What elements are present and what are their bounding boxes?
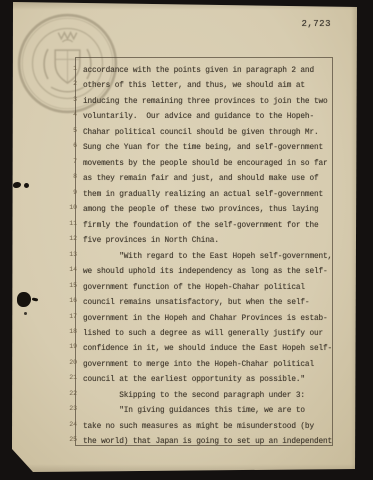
line-text: we should uphold its independency as lon… [83,268,328,276]
line-text: council remains unsatisfactory, but when… [83,299,309,307]
scan-background: { "page": { "page_number": "2,723" }, "c… [0,0,373,480]
line-number: 14 [58,262,77,277]
line-text: take no such measures as might be misund… [83,423,314,431]
line-text: the world) that Japan is going to set up… [83,438,332,446]
line-text: others of this letter, and thus, we shou… [83,82,305,90]
text-line: 14we should uphold its independency as l… [83,262,332,277]
punch-hole [24,312,27,315]
text-line: 25the world) that Japan is going to set … [83,432,332,447]
line-number: 11 [58,216,77,231]
line-text: voluntarily. Our advice and guidance to … [83,113,314,121]
line-text: Sung che Yuan for the time being, and se… [83,144,323,152]
line-number: 9 [58,185,77,200]
text-line: 22 Skipping to the second paragraph unde… [83,386,332,401]
line-number: 22 [58,386,77,401]
text-line: 1accordance with the points given in par… [83,61,332,76]
line-text: lished to such a degree as will generall… [83,330,323,338]
line-number: 20 [58,355,77,370]
line-number: 25 [58,432,77,447]
text-line: 10among the people of these two province… [83,200,332,215]
text-line: 4voluntarily. Our advice and guidance to… [83,107,332,122]
line-number: 1 [58,61,77,76]
line-number: 17 [58,309,77,324]
punch-hole [13,182,21,188]
line-number: 5 [58,123,77,138]
line-number: 8 [58,169,77,184]
text-line: 24take no such measures as might be misu… [83,417,332,432]
line-number: 18 [58,324,77,339]
line-number: 15 [58,278,77,293]
line-number: 13 [58,247,77,262]
line-number: 10 [58,200,77,215]
line-text: accordance with the points given in para… [83,67,314,75]
text-line: 20government to merge into the Hopeh-Cha… [83,355,332,370]
line-text: "With regard to the East Hopeh self-gove… [83,253,332,261]
line-number: 23 [58,401,77,416]
paper-sheet: 2,723 1accordance with the points given … [0,0,373,480]
text-line: 23 "In giving guidances this time, we ar… [83,401,332,416]
punch-hole [17,292,31,307]
line-number: 12 [58,231,77,246]
line-text: as they remain fair and just, and should… [83,175,319,183]
line-text: among the people of these two provinces,… [83,206,319,214]
punch-hole [32,297,38,301]
line-number: 7 [58,154,77,169]
text-line: 18lished to such a degree as will genera… [83,324,332,339]
line-text: firmly the foundation of the self-govern… [83,222,319,230]
line-text: confidence in it, we should induce the E… [83,345,332,353]
line-text: government function of the Hopeh-Chahar … [83,284,305,292]
typed-text-frame: 1accordance with the points given in par… [75,57,333,446]
text-line: 3inducing the remaining three provinces … [83,92,332,107]
text-line: 2others of this letter, and thus, we sho… [83,76,332,91]
text-line: 16council remains unsatisfactory, but wh… [83,293,332,308]
text-line: 7movements by the people should be encou… [83,154,332,169]
line-number: 6 [58,138,77,153]
line-text: them in gradually realizing an actual se… [83,191,323,199]
text-line: 17government in the Hopeh and Chahar Pro… [83,309,332,324]
line-text: movements by the people should be encour… [83,160,328,168]
text-line: 6Sung che Yuan for the time being, and s… [83,138,332,153]
line-text: inducing the remaining three provinces t… [83,98,328,106]
line-text: "In giving guidances this time, we are t… [83,407,305,415]
line-number: 21 [58,370,77,385]
page-number: 2,723 [301,19,331,29]
text-line: 19confidence in it, we should induce the… [83,339,332,354]
line-number: 2 [58,76,77,91]
line-number: 19 [58,339,77,354]
text-line: 12five provinces in North China. [83,231,332,246]
line-number: 24 [58,417,77,432]
line-text: Chahar political council should be given… [83,129,319,137]
line-text: government in the Hopeh and Chahar Provi… [83,315,328,323]
line-text: government to merge into the Hopeh-Chaha… [83,361,314,369]
text-line: 8as they remain fair and just, and shoul… [83,169,332,184]
line-text: five provinces in North China. [83,237,219,245]
text-line: 11firmly the foundation of the self-gove… [83,216,332,231]
text-line: 5Chahar political council should be give… [83,123,332,138]
line-number: 16 [58,293,77,308]
line-text: Skipping to the second paragraph under 3… [83,392,305,400]
line-number: 3 [58,92,77,107]
line-text: council at the earliest opportunity as p… [83,376,305,384]
line-number: 4 [58,107,77,122]
text-line: 9them in gradually realizing an actual s… [83,185,332,200]
text-line: 13 "With regard to the East Hopeh self-g… [83,247,332,262]
text-line: 15government function of the Hopeh-Chaha… [83,278,332,293]
text-line: 21council at the earliest opportunity as… [83,370,332,385]
punch-hole [24,183,29,188]
